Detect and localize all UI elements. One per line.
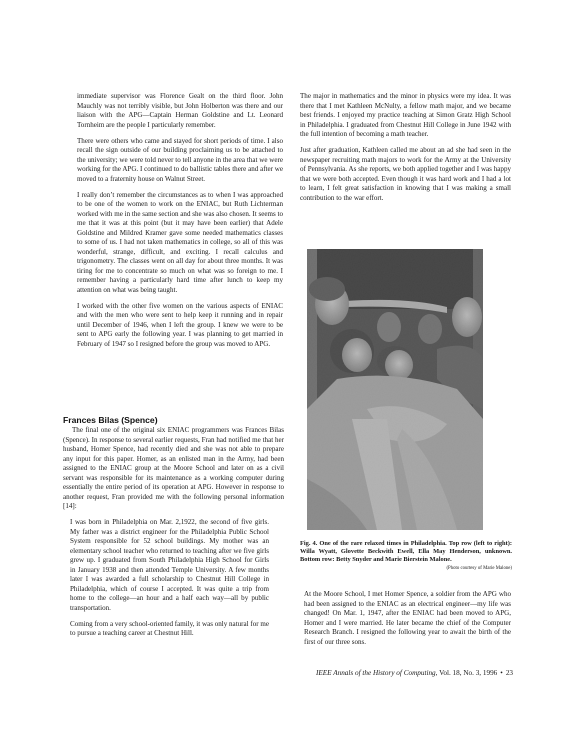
page-footer: IEEE Annals of the History of Computing,… — [282, 669, 513, 678]
left-column-section: The final one of the original six ENIAC … — [63, 426, 284, 645]
photo-credit: (Photo courtesy of Marie Malone) — [300, 566, 512, 572]
body-paragraph: immediate supervisor was Florence Gealt … — [77, 92, 283, 130]
quote-paragraph: At the Moore School, I met Homer Spence,… — [304, 590, 511, 647]
figure-photo — [307, 249, 483, 530]
quote-paragraph: The major in mathematics and the minor i… — [300, 92, 511, 140]
section-intro-paragraph: The final one of the original six ENIAC … — [63, 426, 284, 512]
left-column-top: immediate supervisor was Florence Gealt … — [77, 92, 283, 356]
page-number: 23 — [506, 669, 513, 677]
body-paragraph: I worked with the other five women on th… — [77, 302, 283, 350]
bullet-separator: • — [500, 669, 503, 677]
issue-info: , Vol. 18, No. 3, 1996 — [436, 669, 498, 677]
body-paragraph: There were others who came and stayed fo… — [77, 137, 283, 185]
body-paragraph: I really don’t remember the circumstance… — [77, 191, 283, 296]
quote-paragraph: Just after graduation, Kathleen called m… — [300, 146, 511, 203]
quote-paragraph: I was born in Philadelphia on Mar. 2,192… — [70, 518, 269, 613]
quote-paragraph: Coming from a very school-oriented famil… — [70, 620, 269, 639]
journal-title: IEEE Annals of the History of Computing — [316, 669, 436, 677]
figure-caption: Fig. 4. One of the rare relaxed times in… — [300, 540, 512, 565]
right-column-top: The major in mathematics and the minor i… — [300, 92, 511, 210]
right-column-bottom: At the Moore School, I met Homer Spence,… — [304, 590, 511, 654]
section-heading: Frances Bilas (Spence) — [63, 415, 158, 425]
group-photo-image — [307, 249, 483, 530]
